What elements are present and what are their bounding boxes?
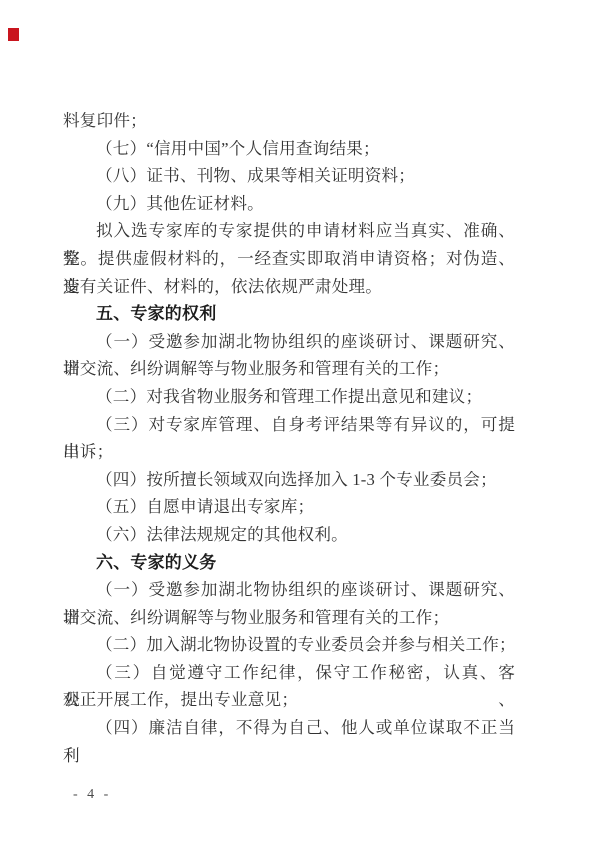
line-duties-item4: （四）廉洁自律，不得为自己、他人或单位谋取不正当利	[63, 714, 515, 742]
line-duties-item3a: （三）自觉遵守工作纪律，保守工作秘密，认真、客观、	[63, 659, 515, 687]
page-number: - 4 -	[73, 787, 111, 803]
line-rights-item4: （四）按所擅长领域双向选择加入 1-3 个专业委员会；	[63, 466, 515, 494]
line-rights-item5: （五）自愿申请退出专家库；	[63, 493, 515, 521]
document-body: 料复印件； （七）“信用中国”个人信用查询结果； （八）证书、刊物、成果等相关证…	[63, 107, 515, 742]
line-application-materials-2: 整。提供虚假材料的，一经查实即取消申请资格；对伪造、变	[63, 245, 515, 273]
line-duties-item2: （二）加入湖北物协设置的专业委员会并参与相关工作；	[63, 631, 515, 659]
line-rights-item6: （六）法律法规规定的其他权利。	[63, 521, 515, 549]
line-application-materials-3: 造有关证件、材料的，依法依规严肃处理。	[63, 273, 515, 301]
line-duties-item1a: （一）受邀参加湖北物协组织的座谈研讨、课题研究、培	[63, 576, 515, 604]
document-page: 料复印件； （七）“信用中国”个人信用查询结果； （八）证书、刊物、成果等相关证…	[0, 0, 600, 849]
line-item9-other-evidence: （九）其他佐证材料。	[63, 190, 515, 218]
line-item8-certificates: （八）证书、刊物、成果等相关证明资料；	[63, 162, 515, 190]
section-heading-expert-duties: 六、专家的义务	[63, 549, 515, 577]
line-item7-credit-china: （七）“信用中国”个人信用查询结果；	[63, 135, 515, 163]
line-rights-item1a: （一）受邀参加湖北物协组织的座谈研讨、课题研究、培	[63, 328, 515, 356]
section-heading-expert-rights: 五、专家的权利	[63, 300, 515, 328]
line-application-materials-1: 拟入选专家库的专家提供的申请材料应当真实、准确、完	[63, 217, 515, 245]
line-rights-item3b: 申诉；	[63, 438, 515, 466]
line-rights-item3a: （三）对专家库管理、自身考评结果等有异议的，可提出	[63, 411, 515, 439]
line-rights-item1b: 训交流、纠纷调解等与物业服务和管理有关的工作；	[63, 355, 515, 383]
line-rights-item2: （二）对我省物业服务和管理工作提出意见和建议；	[63, 383, 515, 411]
line-duties-item1b: 训交流、纠纷调解等与物业服务和管理有关的工作；	[63, 604, 515, 632]
line-materials-copy: 料复印件；	[63, 107, 515, 135]
page-corner-red-mark	[8, 28, 19, 41]
